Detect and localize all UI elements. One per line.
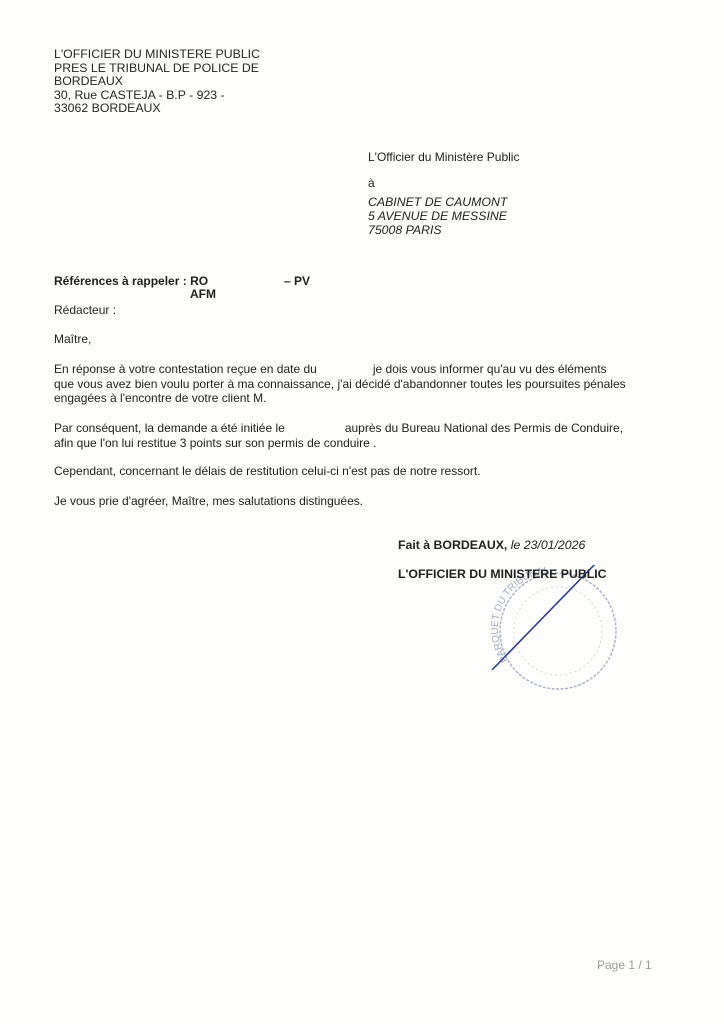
recipient-to-word: à [368,176,375,190]
redacteur-label: Rédacteur : [54,303,116,317]
paragraph-delay: Cependant, concernant le délais de resti… [54,464,674,479]
letter-date: le 23/01/2026 [511,538,586,552]
paragraph-request: Par conséquent, la demande a été initiée… [54,421,674,450]
sender-block: L'OFFICIER DU MINISTERE PUBLIC PRES LE T… [54,48,260,116]
sender-line: 30, Rue CASTEJA - B.P - 923 - [54,89,260,103]
references-pv: – PV [284,274,310,288]
address-line: CABINET DE CAUMONT [368,195,507,209]
p2-line1a: Par conséquent, la demande a été initiée… [54,421,285,435]
p1-line2: que vous avez bien voulu porter à ma con… [54,377,674,392]
p2-line2: afin que l'on lui restitue 3 points sur … [54,436,674,451]
official-stamp-icon: PARQUET DU TRIBUNAL [478,565,628,695]
fait-label: Fait à BORDEAUX, [398,538,507,552]
sender-line: L'OFFICIER DU MINISTERE PUBLIC [54,48,260,62]
sender-line: 33062 BORDEAUX [54,102,260,116]
references-afm: AFM [190,287,216,301]
references: Références à rappeler : RO – PV AFM [54,274,208,288]
references-label: Références à rappeler : RO [54,274,208,288]
p1-line3: engagées à l'encontre de votre client M. [54,391,674,406]
place-date: Fait à BORDEAUX, le 23/01/2026 [398,538,585,552]
address-line: 5 AVENUE DE MESSINE [368,209,507,223]
p1-line1a: En réponse à votre contestation reçue en… [54,362,317,376]
p1-line1b: je dois vous informer qu'au vu des éléme… [373,362,607,376]
officer-title: L'OFFICIER DU MINISTERE PUBLIC [398,567,607,581]
paragraph-response: En réponse à votre contestation reçue en… [54,362,674,406]
salutation: Maître, [54,332,91,346]
recipient-address: CABINET DE CAUMONT 5 AVENUE DE MESSINE 7… [368,195,507,237]
sender-line: BORDEAUX [54,75,260,89]
recipient-from: L'Officier du Ministère Public [368,150,519,164]
sender-line: PRES LE TRIBUNAL DE POLICE DE [54,62,260,76]
p2-line1b: auprès du Bureau National des Permis de … [345,421,623,435]
address-line: 75008 PARIS [368,223,507,237]
paragraph-closing: Je vous prie d'agréer, Maître, mes salut… [54,494,674,509]
page-number: Page 1 / 1 [597,958,652,972]
